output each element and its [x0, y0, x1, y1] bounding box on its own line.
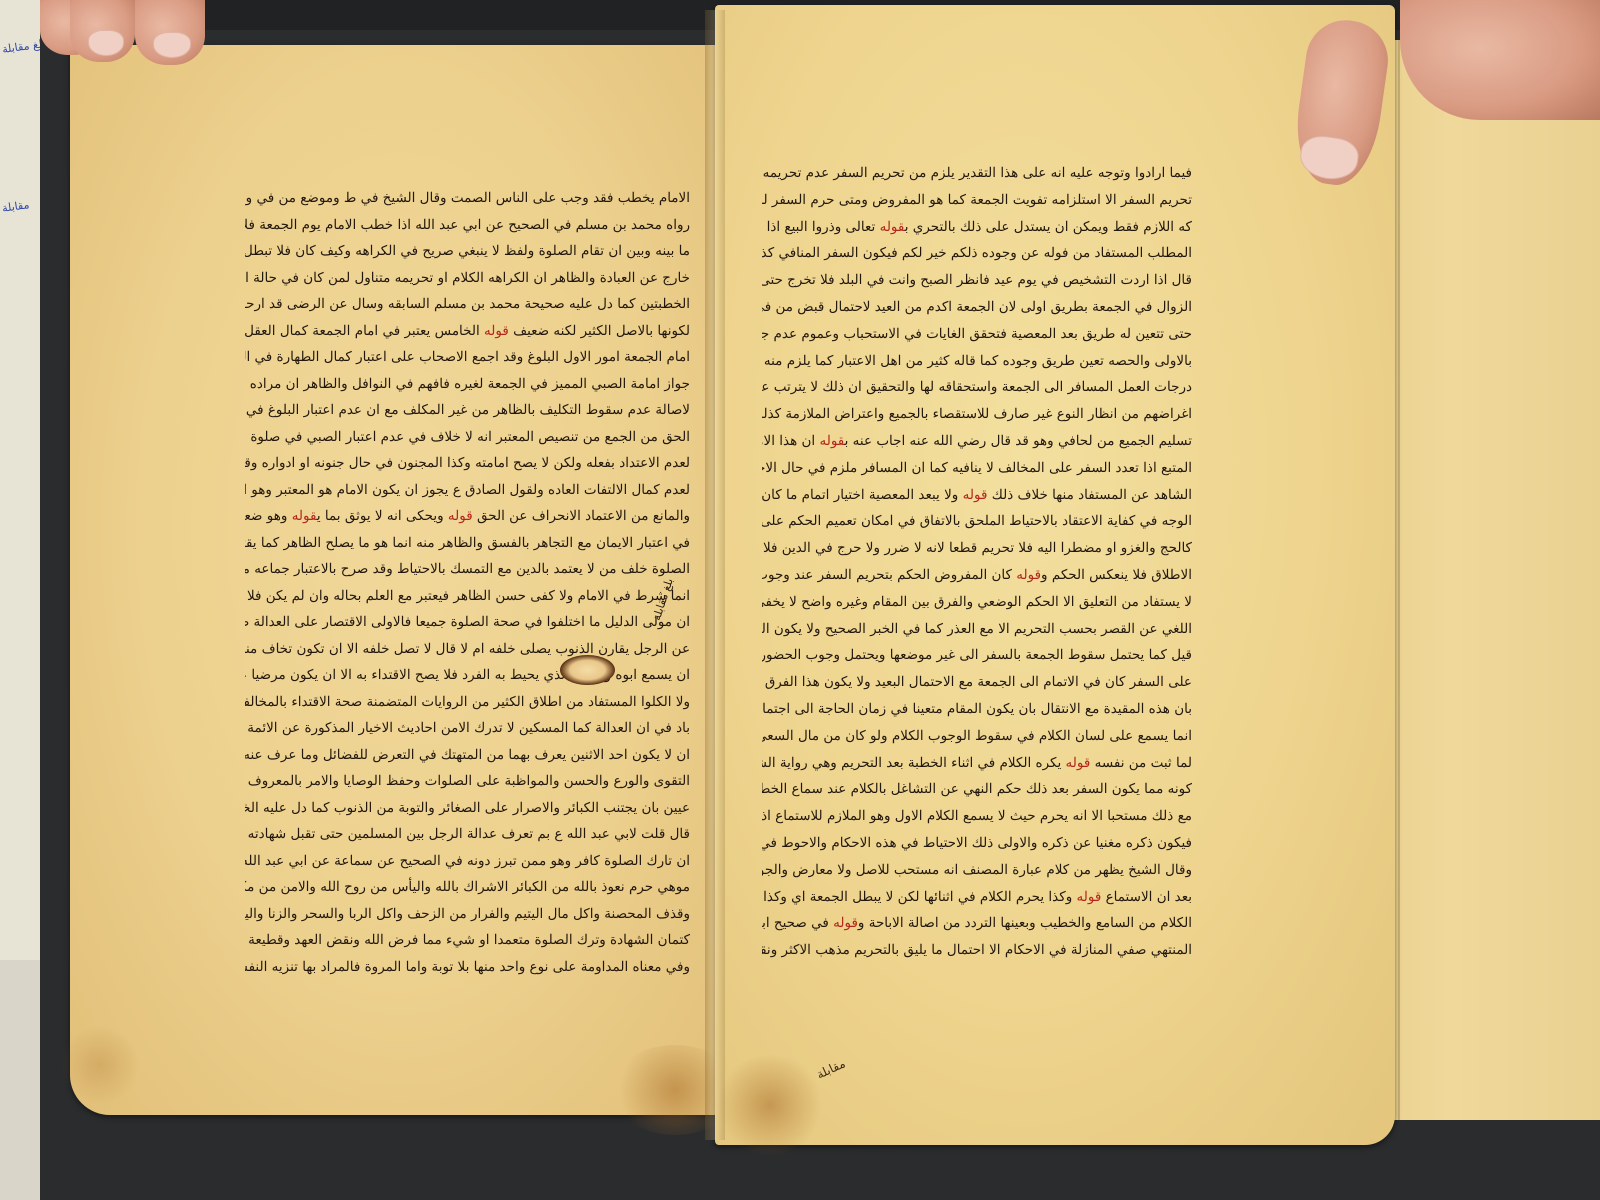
manuscript-line: لكونها بالاصل الكثير لكنه ضعيف قوله الخا…: [245, 318, 690, 345]
manuscript-line: الوجه في كفاية الاعتقاد بالاحتياط الملحق…: [762, 508, 1192, 535]
rubric-word: قوله: [1016, 567, 1041, 583]
manuscript-line: فيكون ذكره مغنيا عن ذكره والاولى ذلك الا…: [762, 830, 1192, 857]
manuscript-line: موهي حرم نعوذ بالله من الكبائر الاشراك ب…: [245, 874, 690, 901]
right-hand-palm: [1400, 0, 1600, 120]
manuscript-line: كتمان الشهادة وترك الصلوة متعمدا او شيء …: [245, 927, 690, 954]
manuscript-line: امام الجمعة امور الاول البلوغ وقد اجمع ا…: [245, 344, 690, 371]
side-paper: [0, 960, 40, 1200]
rubric-word: قوله: [963, 487, 988, 503]
manuscript-line: الصلوة خلف من لا يعتمد بالدين مع التمسك …: [245, 556, 690, 583]
left-page-text: الامام يخطب فقد وجب على الناس الصمت وقال…: [245, 185, 690, 980]
manuscript-line: وفي معناه المداومة على نوع واحد منها بلا…: [245, 954, 690, 981]
manuscript-line: اللغي عن القصر بحسب التحريم الا مع العذر…: [762, 616, 1192, 643]
manuscript-line: ما بينه وبين ان تقام الصلوة ولفظ لا ينبغ…: [245, 238, 690, 265]
manuscript-line: والمانع من الاعتماد الانحراف عن الحق قول…: [245, 503, 690, 530]
manuscript-line: المنتهي صفي المنازلة في الاحكام الا احتم…: [762, 937, 1192, 964]
manuscript-line: في اعتبار الايمان مع التجاهر بالفسق والظ…: [245, 530, 690, 557]
manuscript-line: خارج عن العبادة والظاهر ان الكراهه الكلا…: [245, 265, 690, 292]
manuscript-line: لا يستفاد من التعليق الا الحكم الوضعي وا…: [762, 589, 1192, 616]
manuscript-line: ولا الكلوا المستفاد من اطلاق الكثير من ا…: [245, 689, 690, 716]
manuscript-line: اغراضهم من انظار النوع غير صارف للاستقصا…: [762, 401, 1192, 428]
left-hand-finger-2: [70, 0, 135, 62]
manuscript-line: ان يسمع ابوه والغيظ الذي يحيط به الفرد ف…: [245, 662, 690, 689]
manuscript-line: قيل كما يحتمل سقوط الجمعة بالسفر الى غير…: [762, 642, 1192, 669]
manuscript-line: فيما ارادوا وتوجه عليه انه على هذا التقد…: [762, 160, 1192, 187]
rubric-word: قوله: [1077, 889, 1102, 905]
manuscript-line: انما يسمع على لسان الكلام في سقوط الوجوب…: [762, 723, 1192, 750]
rubric-word: قوله: [833, 915, 858, 931]
manuscript-line: المتبع اذا تعدد السفر على المخالف لا ينا…: [762, 455, 1192, 482]
manuscript-line: رواه محمد بن مسلم في الصحيح عن ابي عبد ا…: [245, 212, 690, 239]
manuscript-line: حتى تتعين له طريق بعد المعصية فتحقق الغا…: [762, 321, 1192, 348]
rubric-word: قوله: [880, 219, 905, 235]
manuscript-line: تحريم السفر الا استلزامه تفويت الجمعة كم…: [762, 187, 1192, 214]
manuscript-line: لعدم كمال الالتفات العاده ولقول الصادق ع…: [245, 477, 690, 504]
manuscript-line: المطلب المستفاد من فوله عن وجوده ذلكم خي…: [762, 240, 1192, 267]
manuscript-line: باد في ان العدالة كما المسكين لا تدرك ال…: [245, 715, 690, 742]
manuscript-line: ان تارك الصلوة كافر وهو ممن تبرز دونه في…: [245, 848, 690, 875]
manuscript-line: الخطبتين كما دل عليه صحيحة محمد بن مسلم …: [245, 291, 690, 318]
manuscript-line: لما ثبت من نفسه قوله يكره الكلام في اثنا…: [762, 750, 1192, 777]
manuscript-line: قال قلت لابي عبد الله ع بم تعرف عدالة ال…: [245, 821, 690, 848]
card-note-2: مقابلة: [1, 198, 30, 215]
rubric-word: قوله: [1066, 755, 1091, 771]
manuscript-line: لاصالة عدم سقوط التكليف بالظاهر من غير ا…: [245, 397, 690, 424]
manuscript-line: كالحج والغزو او مضطرا اليه فلا تحريم قطع…: [762, 535, 1192, 562]
manuscript-line: بعد ان الاستماع قوله وكذا يحرم الكلام في…: [762, 884, 1192, 911]
manuscript-line: درجات العمل المسافر الى الجمعة واستحقاقه…: [762, 374, 1192, 401]
manuscript-line: بالاولى والحصه تعين طريق وجوده كما قاله …: [762, 348, 1192, 375]
rubric-word: قوله: [448, 508, 473, 524]
manuscript-line: الامام يخطب فقد وجب على الناس الصمت وقال…: [245, 185, 690, 212]
manuscript-line: جواز امامة الصبي المميز في الجمعة لغيره …: [245, 371, 690, 398]
burn-hole: [560, 655, 615, 685]
manuscript-line: انما شرط في الامام ولا كفى حسن الظاهر في…: [245, 583, 690, 610]
rubric-word: قوله: [292, 508, 317, 524]
manuscript-line: قال اذا اردت التشخيص في يوم عيد فانظر ال…: [762, 267, 1192, 294]
book-gutter: [705, 10, 725, 1140]
right-page-text: فيما ارادوا وتوجه عليه انه على هذا التقد…: [762, 160, 1192, 964]
manuscript-line: كونه مما يكون السفر بعد ذلك حكم النهي عن…: [762, 776, 1192, 803]
rubric-word: قوله: [819, 433, 844, 449]
manuscript-line: الحق من الجمع من تنصيص المعتبر انه لا خل…: [245, 424, 690, 451]
manuscript-line: الشاهد عن المستفاد منها خلاف ذلك قوله ول…: [762, 482, 1192, 509]
manuscript-line: لعدم الاعتداد بفعله ولكن لا يصح امامته و…: [245, 450, 690, 477]
left-hand-finger-3: [135, 0, 205, 65]
manuscript-line: وقذف المحصنة واكل مال اليتيم والفرار من …: [245, 901, 690, 928]
manuscript-line: ان لا يكون احد الاثنين يعرف بهما من المت…: [245, 742, 690, 769]
manuscript-line: ان مولى الدليل ما اختلفوا في صحة الصلوة …: [245, 609, 690, 636]
manuscript-line: تسليم الجميع من لحافي وهو قد قال رضي الل…: [762, 428, 1192, 455]
manuscript-line: بان هذه المقيدة مع الانتقال بان يكون الم…: [762, 696, 1192, 723]
manuscript-line: كه اللازم فقط ويمكن ان يستدل على ذلك بال…: [762, 214, 1192, 241]
rubric-word: قوله: [484, 323, 509, 339]
manuscript-line: الكلام من السامع والخطيب وبعينها التردد …: [762, 910, 1192, 937]
manuscript-line: عيين بان يجتنب الكبائر والاصرار على الصغ…: [245, 795, 690, 822]
manuscript-line: وقال الشيخ يظهر من كلام عبارة المصنف انه…: [762, 857, 1192, 884]
side-index-card: بلغ مقابلة مقابلة: [0, 0, 40, 960]
manuscript-line: مع ذلك مستحبا الا انه يحرم حيث لا يسمع ا…: [762, 803, 1192, 830]
manuscript-line: على السفر كان في الاتمام الى الجمعة مع ا…: [762, 669, 1192, 696]
manuscript-line: الاطلاق فلا ينعكس الحكم وقوله كان المفرو…: [762, 562, 1192, 589]
manuscript-line: عن الرجل يقارن الذنوب يصلى خلفه ام لا قا…: [245, 636, 690, 663]
manuscript-line: التقوى والورع والحسن والمواظبة على الصلو…: [245, 768, 690, 795]
manuscript-line: الزوال في الجمعة بطريق اولى لان الجمعة ا…: [762, 294, 1192, 321]
